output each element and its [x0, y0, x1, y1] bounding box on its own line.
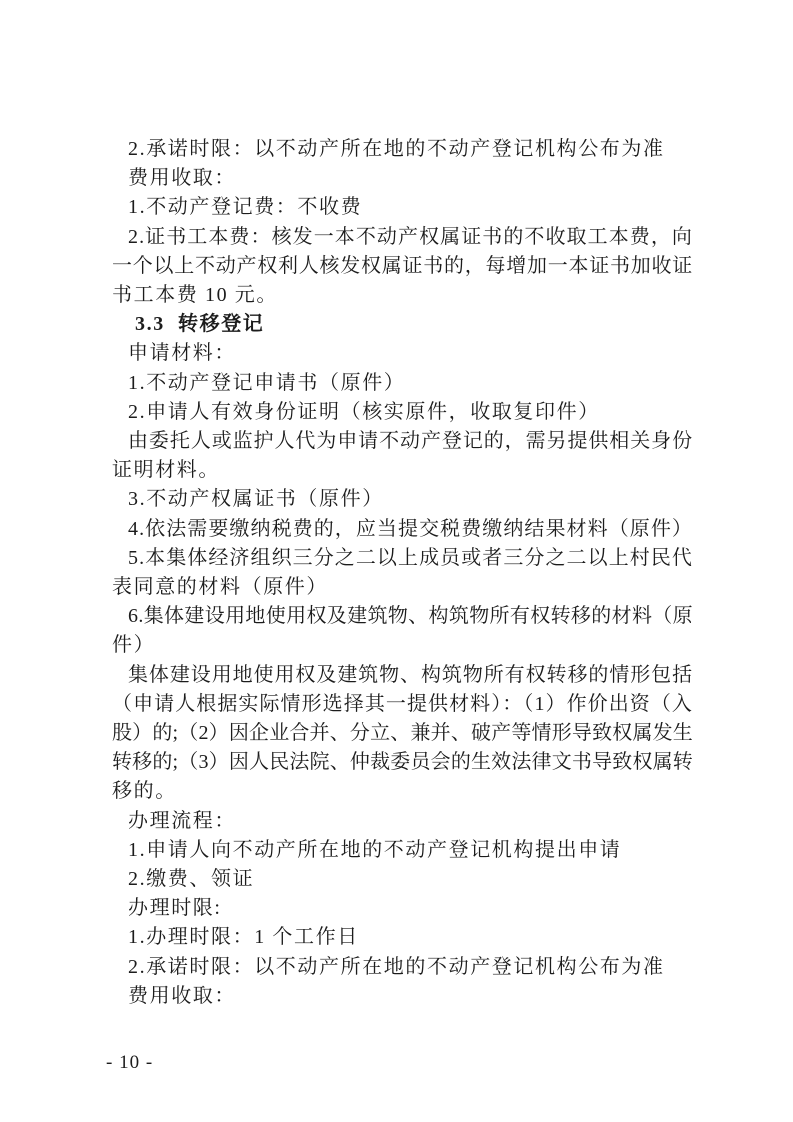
doc-line-text: 5.本集体经济组织三分之二以上成员或者三分之二以上村民代 — [128, 544, 693, 573]
doc-line: 件） — [112, 631, 693, 660]
doc-line-text: 一个以上不动产权利人核发权属证书的，每增加一本证书加收证 — [112, 252, 693, 281]
doc-line-text: 表同意的材料（原件） — [112, 573, 328, 602]
doc-line-text: 4.依法需要缴纳税费的，应当提交税费缴纳结果材料（原件） — [128, 515, 693, 544]
doc-line: 3.不动产权属证书（原件） — [112, 485, 693, 514]
doc-line-text: 转移的;（3）因人民法院、仲裁委员会的生效法律文书导致权属转 — [112, 748, 693, 777]
doc-line-text: 办理时限: — [128, 894, 222, 923]
doc-line: 费用收取： — [112, 164, 693, 193]
doc-line: 申请材料： — [112, 339, 693, 368]
doc-heading-line: 3.3 转移登记 — [112, 310, 693, 339]
doc-line: 集体建设用地使用权及建筑物、构筑物所有权转移的情形包括 — [112, 661, 693, 690]
doc-line: 股）的;（2）因企业合并、分立、兼并、破产等情形导致权属发生 — [112, 719, 693, 748]
doc-line: 证明材料。 — [112, 456, 693, 485]
doc-line-text: 由委托人或监护人代为申请不动产登记的，需另提供相关身份 — [128, 427, 693, 456]
doc-line-text: 3.不动产权属证书（原件） — [128, 485, 384, 514]
doc-line-text: 办理流程： — [128, 807, 236, 836]
doc-line: 4.依法需要缴纳税费的，应当提交税费缴纳结果材料（原件） — [112, 515, 693, 544]
doc-line: 2.承诺时限：以不动产所在地的不动产登记机构公布为准 — [112, 953, 693, 982]
doc-line-text: 6.集体建设用地使用权及建筑物、构筑物所有权转移的材料（原 — [128, 602, 693, 631]
doc-line-text: 2.承诺时限：以不动产所在地的不动产登记机构公布为准 — [128, 953, 665, 982]
doc-line: 书工本费 10 元。 — [112, 281, 693, 310]
doc-line: （申请人根据实际情形选择其一提供材料）：（1）作价出资（入 — [112, 690, 693, 719]
page-number: - 10 - — [106, 1052, 153, 1074]
doc-line-text: 书工本费 10 元。 — [112, 281, 278, 310]
doc-line-text: 1.不动产登记费：不收费 — [128, 193, 362, 222]
doc-line: 办理时限: — [112, 894, 693, 923]
doc-line: 5.本集体经济组织三分之二以上成员或者三分之二以上村民代 — [112, 544, 693, 573]
doc-line: 由委托人或监护人代为申请不动产登记的，需另提供相关身份 — [112, 427, 693, 456]
doc-line-text: 2.证书工本费：核发一本不动产权属证书的不收取工本费，向 — [128, 223, 693, 252]
doc-line-text: 3.3 转移登记 — [135, 310, 264, 339]
doc-line-text: 集体建设用地使用权及建筑物、构筑物所有权转移的情形包括 — [128, 661, 693, 690]
doc-line-text: 股）的;（2）因企业合并、分立、兼并、破产等情形导致权属发生 — [112, 719, 693, 748]
doc-line-text: 2.缴费、领证 — [128, 865, 254, 894]
doc-line-text: 移的。 — [112, 777, 177, 806]
doc-line: 1.不动产登记费：不收费 — [112, 193, 693, 222]
doc-line-text: 2.申请人有效身份证明（核实原件，收取复印件） — [128, 398, 600, 427]
doc-line: 转移的;（3）因人民法院、仲裁委员会的生效法律文书导致权属转 — [112, 748, 693, 777]
doc-line: 1.申请人向不动产所在地的不动产登记机构提出申请 — [112, 836, 693, 865]
doc-line: 2.证书工本费：核发一本不动产权属证书的不收取工本费，向 — [112, 223, 693, 252]
doc-line-text: 1.办理时限：1 个工作日 — [128, 923, 359, 952]
doc-line-text: 证明材料。 — [112, 456, 220, 485]
doc-line: 移的。 — [112, 777, 693, 806]
doc-line: 2.承诺时限：以不动产所在地的不动产登记机构公布为准 — [112, 135, 693, 164]
doc-line-text: 申请材料： — [128, 339, 236, 368]
doc-line: 1.办理时限：1 个工作日 — [112, 923, 693, 952]
doc-line: 6.集体建设用地使用权及建筑物、构筑物所有权转移的材料（原 — [112, 602, 693, 631]
doc-line-text: 件） — [112, 631, 155, 660]
doc-line: 办理流程： — [112, 807, 693, 836]
document-body: 2.承诺时限：以不动产所在地的不动产登记机构公布为准费用收取：1.不动产登记费：… — [112, 135, 693, 1011]
doc-line-text: 费用收取： — [128, 982, 236, 1011]
doc-line: 1.不动产登记申请书（原件） — [112, 369, 693, 398]
doc-line: 费用收取： — [112, 982, 693, 1011]
doc-line: 2.缴费、领证 — [112, 865, 693, 894]
doc-line: 一个以上不动产权利人核发权属证书的，每增加一本证书加收证 — [112, 252, 693, 281]
doc-line-text: 2.承诺时限：以不动产所在地的不动产登记机构公布为准 — [128, 135, 665, 164]
doc-line: 表同意的材料（原件） — [112, 573, 693, 602]
document-page: 2.承诺时限：以不动产所在地的不动产登记机构公布为准费用收取：1.不动产登记费：… — [0, 0, 793, 1122]
doc-line-text: 费用收取： — [128, 164, 236, 193]
doc-line: 2.申请人有效身份证明（核实原件，收取复印件） — [112, 398, 693, 427]
doc-line-text: （申请人根据实际情形选择其一提供材料）：（1）作价出资（入 — [112, 690, 693, 719]
doc-line-text: 1.申请人向不动产所在地的不动产登记机构提出申请 — [128, 836, 621, 865]
doc-line-text: 1.不动产登记申请书（原件） — [128, 369, 405, 398]
